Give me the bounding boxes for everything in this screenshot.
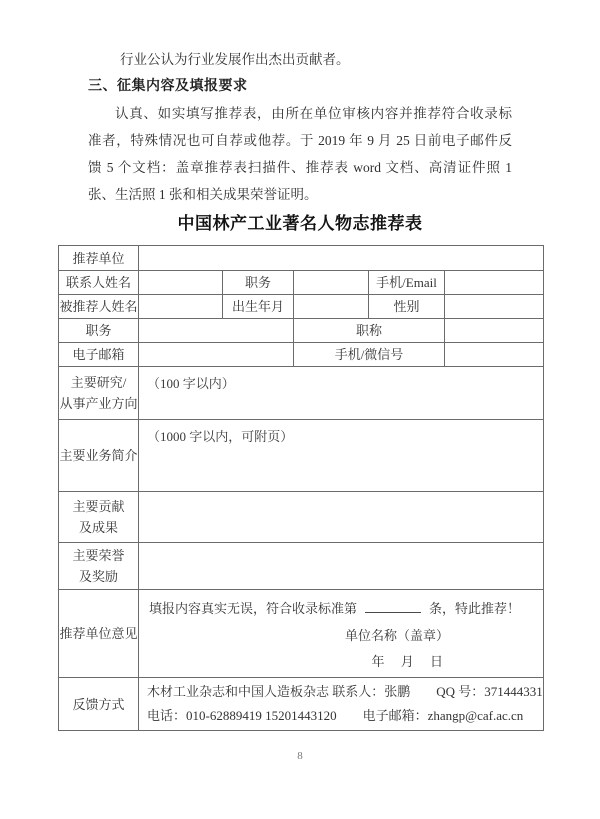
field-feedback-method: 木材工业杂志和中国人造板杂志 联系人：张鹏 QQ 号：371444331 电话：… <box>139 678 544 731</box>
label-nominee-position: 职务 <box>59 319 139 343</box>
field-professional-title <box>445 319 544 343</box>
label-research-direction: 主要研究/ 从事产业方向 <box>59 367 139 420</box>
table-row: 推荐单位 <box>59 246 544 271</box>
table-row: 职务 职称 <box>59 319 544 343</box>
table-row: 电子邮箱 手机/微信号 <box>59 343 544 367</box>
field-contact-name <box>139 271 223 295</box>
recommendation-table: 推荐单位 联系人姓名 职务 手机/Email 被推荐人姓名 出生年月 性别 职 <box>58 245 544 731</box>
field-recommending-unit <box>139 246 544 271</box>
label-gender: 性别 <box>369 295 445 319</box>
label-unit-opinion: 推荐单位意见 <box>59 590 139 678</box>
blank-underline <box>365 600 421 613</box>
field-unit-opinion: 填报内容真实无误，符合收录标准第条，特此推荐！ 单位名称（盖章） 年 月 日 <box>139 590 544 678</box>
paragraph-line-1: 认真、如实填写推荐表，由所在单位审核内容并推荐符合收录标 <box>88 100 512 127</box>
hint-research-limit: （100 字以内） <box>147 376 235 391</box>
field-contact-position <box>294 271 369 295</box>
table-row: 主要研究/ 从事产业方向 （100 字以内） <box>59 367 544 420</box>
page-number: 8 <box>0 750 600 762</box>
section-heading: 三、征集内容及填报要求 <box>88 73 512 100</box>
label-contact-position: 职务 <box>223 271 294 295</box>
field-research-direction: （100 字以内） <box>139 367 544 420</box>
feedback-phone-email-line: 电话：010-62889419 15201443120 电子邮箱：zhangp@… <box>147 704 535 728</box>
label-business-intro: 主要业务简介 <box>59 420 139 492</box>
label-contact-mobile-email: 手机/Email <box>369 271 445 295</box>
paragraph-continuation-line: 行业公认为行业发展作出杰出贡献者。 <box>88 46 512 73</box>
label-main-honors: 主要荣誉 及奖励 <box>59 543 139 590</box>
field-email <box>139 343 294 367</box>
label-feedback-method: 反馈方式 <box>59 678 139 731</box>
table-row: 主要贡献 及成果 <box>59 492 544 543</box>
field-contact-mobile-email <box>445 271 544 295</box>
unit-name-seal-line: 单位名称（盖章） <box>149 625 533 644</box>
form-title: 中国林产工业著名人物志推荐表 <box>0 209 600 234</box>
label-main-contributions: 主要贡献 及成果 <box>59 492 139 543</box>
label-birth-date: 出生年月 <box>223 295 294 319</box>
field-business-intro: （1000 字以内，可附页） <box>139 420 544 492</box>
label-email: 电子邮箱 <box>59 343 139 367</box>
table-row: 反馈方式 木材工业杂志和中国人造板杂志 联系人：张鹏 QQ 号：37144433… <box>59 678 544 731</box>
paragraph-line-3: 馈 5 个文档：盖章推荐表扫描件、推荐表 word 文档、高清证件照 1 <box>88 154 512 181</box>
table-row: 联系人姓名 职务 手机/Email <box>59 271 544 295</box>
paragraph-line-4: 张、生活照 1 张和相关成果荣誉证明。 <box>88 181 512 208</box>
field-birth-date <box>294 295 369 319</box>
field-main-honors <box>139 543 544 590</box>
label-nominee-name: 被推荐人姓名 <box>59 295 139 319</box>
label-contact-name: 联系人姓名 <box>59 271 139 295</box>
field-main-contributions <box>139 492 544 543</box>
field-mobile-wechat <box>445 343 544 367</box>
label-professional-title: 职称 <box>294 319 445 343</box>
hint-business-limit: （1000 字以内，可附页） <box>147 429 293 444</box>
date-line: 年 月 日 <box>149 651 533 670</box>
table-row: 推荐单位意见 填报内容真实无误，符合收录标准第条，特此推荐！ 单位名称（盖章） … <box>59 590 544 678</box>
field-gender <box>445 295 544 319</box>
label-mobile-wechat: 手机/微信号 <box>294 343 445 367</box>
intro-text-block: 行业公认为行业发展作出杰出贡献者。 三、征集内容及填报要求 认真、如实填写推荐表… <box>88 46 512 208</box>
label-recommending-unit: 推荐单位 <box>59 246 139 271</box>
table-row: 被推荐人姓名 出生年月 性别 <box>59 295 544 319</box>
document-page: 行业公认为行业发展作出杰出贡献者。 三、征集内容及填报要求 认真、如实填写推荐表… <box>0 0 600 819</box>
feedback-contact-line: 木材工业杂志和中国人造板杂志 联系人：张鹏 QQ 号：371444331 <box>147 680 535 704</box>
field-nominee-position <box>139 319 294 343</box>
paragraph-line-2: 准者，特殊情况也可自荐或他荐。于 2019 年 9 月 25 日前电子邮件反 <box>88 127 512 154</box>
opinion-statement: 填报内容真实无误，符合收录标准第条，特此推荐！ <box>149 598 533 617</box>
table-row: 主要荣誉 及奖励 <box>59 543 544 590</box>
field-nominee-name <box>139 295 223 319</box>
table-row: 主要业务简介 （1000 字以内，可附页） <box>59 420 544 492</box>
